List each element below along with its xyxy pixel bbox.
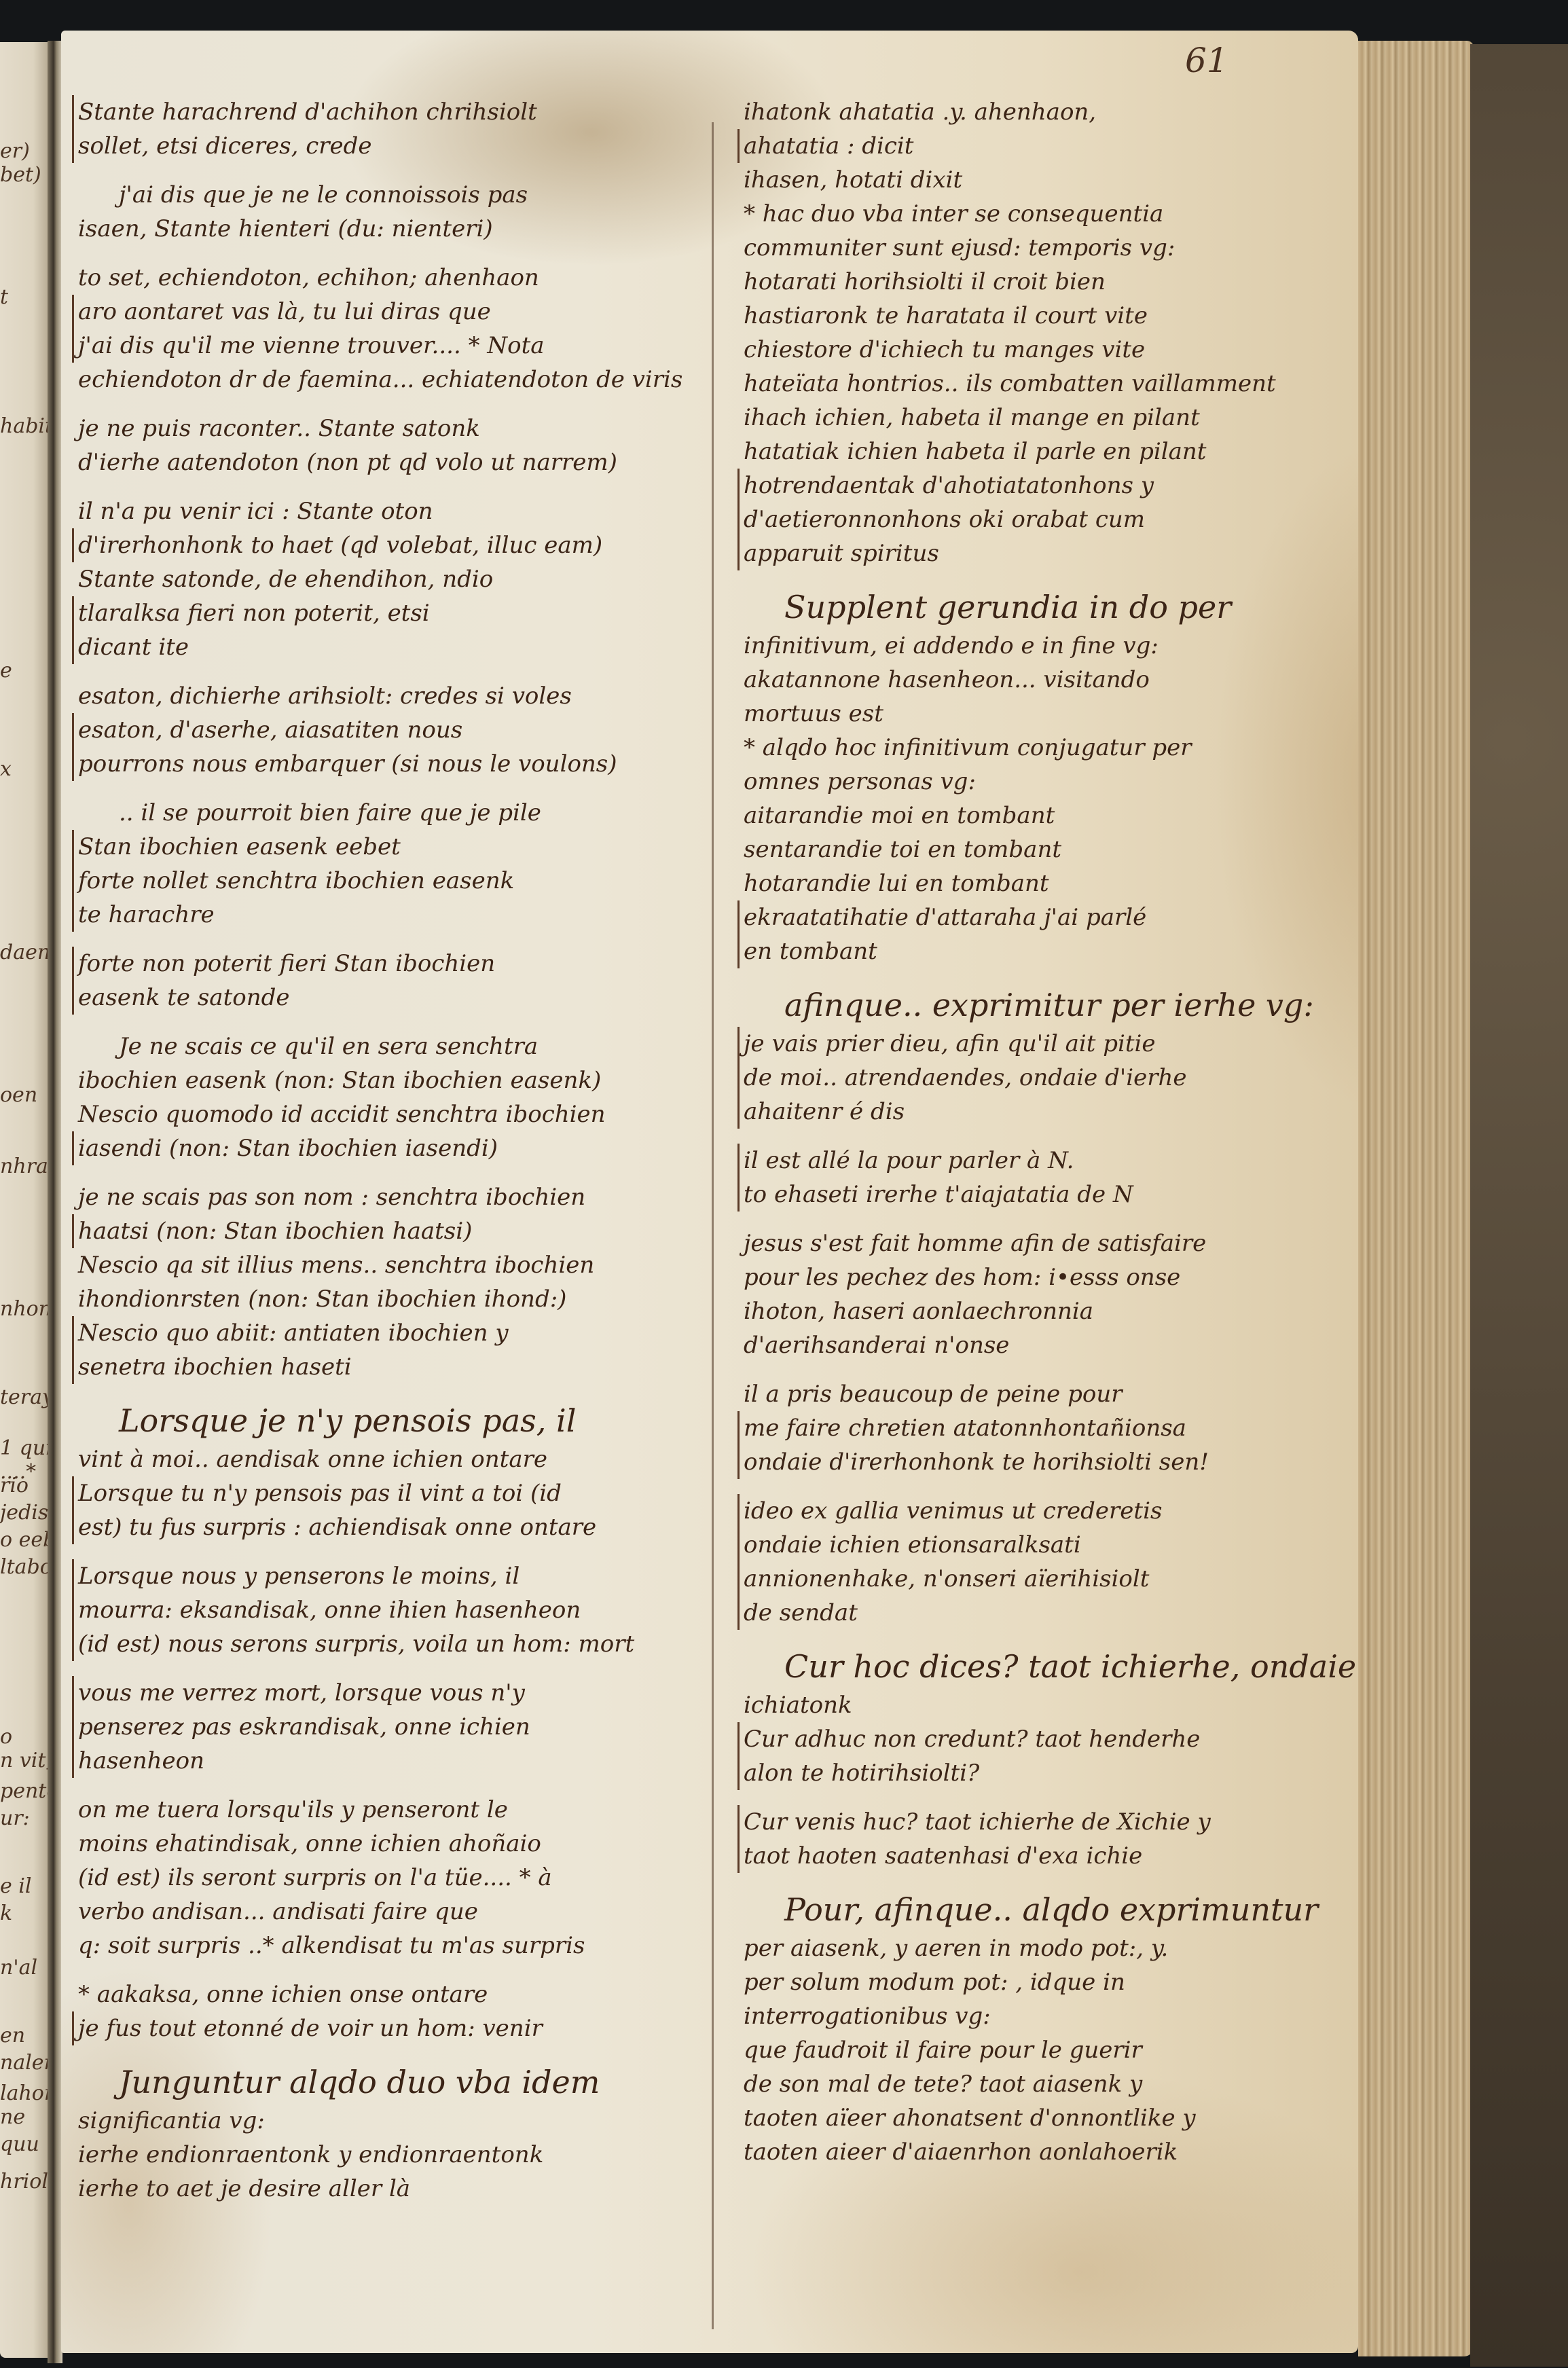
manuscript-line: est) tu fus surpris : achiendisak onne o… [72, 1510, 706, 1544]
line-gap [78, 1544, 706, 1559]
manuscript-line: per solum modum pot: , idque in [744, 1965, 1355, 1999]
line-gap [744, 1790, 1355, 1805]
manuscript-line: taoten aieer d'aiaenrhon aonlahoerik [744, 2135, 1355, 2169]
manuscript-line: q: soit surpris ..* alkendisat tu m'as s… [78, 1929, 706, 1963]
manuscript-line: d'ierhe aatendoton (non pt qd volo ut na… [78, 445, 706, 479]
manuscript-line: je ne scais pas son nom : senchtra iboch… [78, 1180, 706, 1214]
manuscript-line: sollet, etsi diceres, crede [72, 129, 706, 163]
manuscript-line: verbo andisan... andisati faire que [78, 1895, 706, 1929]
manuscript-line: Nescio qa sit illius mens.. senchtra ibo… [78, 1248, 706, 1282]
line-gap [78, 1778, 706, 1793]
page-number: 61 [1185, 41, 1228, 80]
line-gap [78, 1015, 706, 1030]
line-gap [78, 932, 706, 947]
manuscript-line: dicant ite [72, 630, 706, 664]
line-gap [78, 1963, 706, 1978]
previous-page-text-fragment: oen [0, 1083, 37, 1107]
manuscript-line: il n'a pu venir ici : Stante oton [78, 494, 706, 528]
leather-cover [1470, 44, 1568, 2367]
manuscript-line: que faudroit il faire pour le guerir [744, 2033, 1355, 2067]
manuscript-line: infinitivum, ei addendo e in fine vg: [744, 629, 1355, 663]
book-gutter [48, 41, 62, 2363]
manuscript-line: d'aetieronnonhons oki orabat cum [737, 503, 1355, 536]
manuscript-line: haatsi (non: Stan ibochien haatsi) [72, 1214, 706, 1248]
manuscript-line: * alqdo hoc infinitivum conjugatur per [744, 731, 1355, 765]
manuscript-line: Je ne scais ce qu'il en sera senchtra [78, 1030, 706, 1063]
manuscript-line: esaton, dichierhe arihsiolt: credes si v… [78, 679, 706, 713]
manuscript-line: me faire chretien atatonnhontañionsa [737, 1411, 1355, 1445]
previous-page-text-fragment: daen [0, 941, 50, 964]
previous-page-text-fragment: o [0, 1725, 12, 1749]
manuscript-line: jesus s'est fait homme afin de satisfair… [744, 1226, 1355, 1260]
line-gap [78, 2045, 706, 2060]
manuscript-line: ihatonk ahatatia .y. ahenhaon, [744, 95, 1355, 129]
page-edges [1358, 41, 1474, 2356]
previous-page-text-fragment: e [0, 659, 12, 682]
section-heading-line: Pour, afinque.. alqdo exprimuntur [744, 1888, 1355, 1931]
manuscript-line: pour les pechez des hom: i•esss onse [744, 1260, 1355, 1294]
manuscript-line: il a pris beaucoup de peine pour [744, 1377, 1355, 1411]
manuscript-line: il est allé la pour parler à N. [737, 1144, 1355, 1178]
manuscript-line: hotarandie lui en tombant [744, 867, 1355, 900]
manuscript-line: forte non poterit fieri Stan ibochien [72, 947, 706, 981]
previous-page-text-fragment: nhra [0, 1154, 48, 1178]
manuscript-line: Stante satonde, de ehendihon, ndio [78, 562, 706, 596]
manuscript-line: ihasen, hotati dixit [744, 163, 1355, 197]
manuscript-line: to set, echiendoton, echihon; ahenhaon [78, 261, 706, 295]
manuscript-line: ekraatatihatie d'attaraha j'ai parlé [737, 900, 1355, 934]
line-gap [744, 1873, 1355, 1888]
previous-page-text-fragment: e il [0, 1874, 31, 1898]
manuscript-line: senetra ibochien haseti [72, 1350, 706, 1384]
manuscript-line: easenk te satonde [72, 981, 706, 1015]
manuscript-line: Cur venis huc? taot ichierhe de Xichie y [737, 1805, 1355, 1839]
manuscript-line: taot haoten saatenhasi d'exa ichie [737, 1839, 1355, 1873]
manuscript-line: mourra: eksandisak, onne ihien hasenheon [72, 1593, 706, 1627]
manuscript-line: de son mal de tete? taot aiasenk y [744, 2067, 1355, 2101]
manuscript-line: hateïata hontrios.. ils combatten vailla… [744, 367, 1355, 401]
column-divider-rule [712, 122, 714, 2329]
previous-page-text-fragment: n'al [0, 1956, 37, 1980]
previous-page-text-fragment: bet) [0, 163, 41, 187]
section-heading-line: afinque.. exprimitur per ierhe vg: [744, 983, 1355, 1027]
line-gap [744, 1212, 1355, 1226]
manuscript-line: Lorsque tu n'y pensois pas il vint a toi… [72, 1476, 706, 1510]
manuscript-line: * aakaksa, onne ichien onse ontare [78, 1978, 706, 2011]
manuscript-line: iasendi (non: Stan ibochien iasendi) [72, 1131, 706, 1165]
manuscript-line: esaton, d'aserhe, aiasatiten nous [72, 713, 706, 747]
manuscript-line: d'aerihsanderai n'onse [744, 1328, 1355, 1362]
manuscript-line: on me tuera lorsqu'ils y penseront le [78, 1793, 706, 1827]
manuscript-line: ierhe endionraentonk y endionraentonk [78, 2138, 706, 2172]
line-gap [744, 1630, 1355, 1645]
manuscript-line: de moi.. atrendaendes, ondaie d'ierhe [737, 1061, 1355, 1095]
manuscript-line: annionenhake, n'onseri aïerihisiolt [737, 1562, 1355, 1596]
manuscript-line: te harachre [72, 898, 706, 932]
manuscript-line: ibochien easenk (non: Stan ibochien ease… [78, 1063, 706, 1097]
manuscript-line: aro aontaret vas là, tu lui diras que [72, 295, 706, 329]
previous-page-text-fragment: rio [0, 1474, 29, 1497]
manuscript-line: .. il se pourroit bien faire que je pile [78, 796, 706, 830]
previous-page-text-fragment: k [0, 1901, 12, 1925]
manuscript-line: Lorsque nous y penserons le moins, il [72, 1559, 706, 1593]
line-gap [78, 1165, 706, 1180]
manuscript-line: ondaie ichien etionsaralksati [737, 1528, 1355, 1562]
section-heading-line: Supplent gerundia in do per [744, 585, 1355, 629]
previous-page-text-fragment: ur: [0, 1806, 30, 1830]
line-gap [744, 1129, 1355, 1144]
line-gap [78, 479, 706, 494]
previous-page-text-fragment: ne [0, 2105, 25, 2129]
previous-page-text-fragment: x [0, 757, 12, 781]
section-heading-line: Junguntur alqdo duo vba idem [78, 2060, 706, 2104]
line-gap [78, 397, 706, 412]
manuscript-line: d'irerhonhonk to haet (qd volebat, illuc… [72, 528, 706, 562]
manuscript-line: ahaitenr é dis [737, 1095, 1355, 1129]
manuscript-line: echiendoton dr de faemina... echiatendot… [78, 363, 706, 397]
manuscript-line: aitarandie moi en tombant [744, 799, 1355, 833]
manuscript-line: omnes personas vg: [744, 765, 1355, 799]
manuscript-line: mortuus est [744, 697, 1355, 731]
manuscript-line: apparuit spiritus [737, 536, 1355, 570]
line-gap [78, 781, 706, 796]
manuscript-line: Nescio quomodo id accidit senchtra iboch… [78, 1097, 706, 1131]
line-gap [78, 163, 706, 178]
manuscript-line: j'ai dis que je ne le connoissois pas [78, 178, 706, 212]
manuscript-line: ideo ex gallia venimus ut crederetis [737, 1494, 1355, 1528]
manuscript-line: ierhe to aet je desire aller là [78, 2172, 706, 2206]
manuscript-line: ichiatonk [744, 1688, 1355, 1722]
previous-page-text-fragment: ltabo [0, 1555, 52, 1579]
manuscript-line: ondaie d'irerhonhonk te horihsiolti sen! [737, 1445, 1355, 1479]
manuscript-line: moins ehatindisak, onne ichien ahoñaio [78, 1827, 706, 1861]
manuscript-line: vint à moi.. aendisak onne ichien ontare [78, 1442, 706, 1476]
manuscript-line: ihoton, haseri aonlaechronnia [744, 1294, 1355, 1328]
manuscript-line: isaen, Stante hienteri (du: nienteri) [78, 212, 706, 246]
manuscript-line: je vais prier dieu, afin qu'il ait pitie [737, 1027, 1355, 1061]
line-gap [744, 570, 1355, 585]
manuscript-line: * hac duo vba inter se consequentia [744, 197, 1355, 231]
manuscript-line: sentarandie toi en tombant [744, 833, 1355, 867]
manuscript-line: Cur adhuc non credunt? taot henderhe [737, 1722, 1355, 1756]
manuscript-line: per aiasenk, y aeren in modo pot:, y. [744, 1931, 1355, 1965]
manuscript-line: hasenheon [72, 1744, 706, 1778]
previous-page-text-fragment: t [0, 285, 8, 309]
manuscript-line: akatannone hasenheon... visitando [744, 663, 1355, 697]
previous-page-edge: er)bet)thabitexdaenoennhranhonkteray1 qu… [0, 42, 48, 2358]
line-gap [78, 246, 706, 261]
line-gap [78, 1384, 706, 1399]
previous-page-text-fragment: en [0, 2024, 25, 2047]
manuscript-line: ihondionrsten (non: Stan ibochien ihond:… [78, 1282, 706, 1316]
manuscript-line: ahatatia : dicit [737, 129, 1355, 163]
manuscript-line: Stante harachrend d'achihon chrihsiolt [72, 95, 706, 129]
manuscript-line: pourrons nous embarquer (si nous le voul… [72, 747, 706, 781]
manuscript-line: interrogationibus vg: [744, 1999, 1355, 2033]
previous-page-text-fragment: habit [0, 414, 53, 438]
section-heading-line: Cur hoc dices? taot ichierhe, ondaie [744, 1645, 1355, 1688]
manuscript-line: vous me verrez mort, lorsque vous n'y [72, 1676, 706, 1710]
manuscript-line: chiestore d'ichiech tu manges vite [744, 333, 1355, 367]
manuscript-line: hotarati horihsiolti il croit bien [744, 265, 1355, 299]
manuscript-line: je fus tout etonné de voir un hom: venir [72, 2011, 706, 2045]
manuscript-line: Nescio quo abiit: antiaten ibochien y [72, 1316, 706, 1350]
left-text-column: Stante harachrend d'achihon chrihsioltso… [78, 95, 706, 2206]
manuscript-line: taoten aïeer ahonatsent d'onnontlike y [744, 2101, 1355, 2135]
manuscript-line: je ne puis raconter.. Stante satonk [78, 412, 706, 445]
manuscript-line: penserez pas eskrandisak, onne ichien [72, 1710, 706, 1744]
section-heading-line: Lorsque je n'y pensois pas, il [78, 1399, 706, 1442]
manuscript-line: hatatiak ichien habeta il parle en pilan… [744, 435, 1355, 469]
line-gap [744, 968, 1355, 983]
manuscript-line: tlaralksa fieri non poterit, etsi [72, 596, 706, 630]
line-gap [744, 1362, 1355, 1377]
manuscript-line: hotrendaentak d'ahotiatatonhons y [737, 469, 1355, 503]
manuscript-line: Stan ibochien easenk eebet [72, 830, 706, 864]
previous-page-text-fragment: hriol [0, 2170, 48, 2193]
manuscript-line: to ehaseti irerhe t'aiajatatia de N [737, 1178, 1355, 1212]
manuscript-line: hastiaronk te haratata il court vite [744, 299, 1355, 333]
line-gap [78, 664, 706, 679]
manuscript-line: de sendat [737, 1596, 1355, 1630]
line-gap [744, 1479, 1355, 1494]
previous-page-text-fragment: er) [0, 139, 30, 163]
manuscript-line: forte nollet senchtra ibochien easenk [72, 864, 706, 898]
manuscript-line: communiter sunt ejusd: temporis vg: [744, 231, 1355, 265]
previous-page-text-fragment: quu [0, 2132, 39, 2156]
manuscript-line: (id est) nous serons surpris, voila un h… [72, 1627, 706, 1661]
manuscript-line: alon te hotirihsiolti? [737, 1756, 1355, 1790]
line-gap [78, 1661, 706, 1676]
previous-page-text-fragment: teray [0, 1385, 54, 1409]
previous-page-text-fragment: lahor [0, 2081, 54, 2105]
manuscript-line: j'ai dis qu'il me vienne trouver.... * N… [72, 329, 706, 363]
manuscript-line: en tombant [737, 934, 1355, 968]
right-text-column: ihatonk ahatatia .y. ahenhaon,ahatatia :… [744, 95, 1355, 2169]
manuscript-line: (id est) ils seront surpris on l'a tüe..… [78, 1861, 706, 1895]
manuscript-line: ihach ichien, habeta il mange en pilant [744, 401, 1355, 435]
manuscript-line: significantia vg: [78, 2104, 706, 2138]
